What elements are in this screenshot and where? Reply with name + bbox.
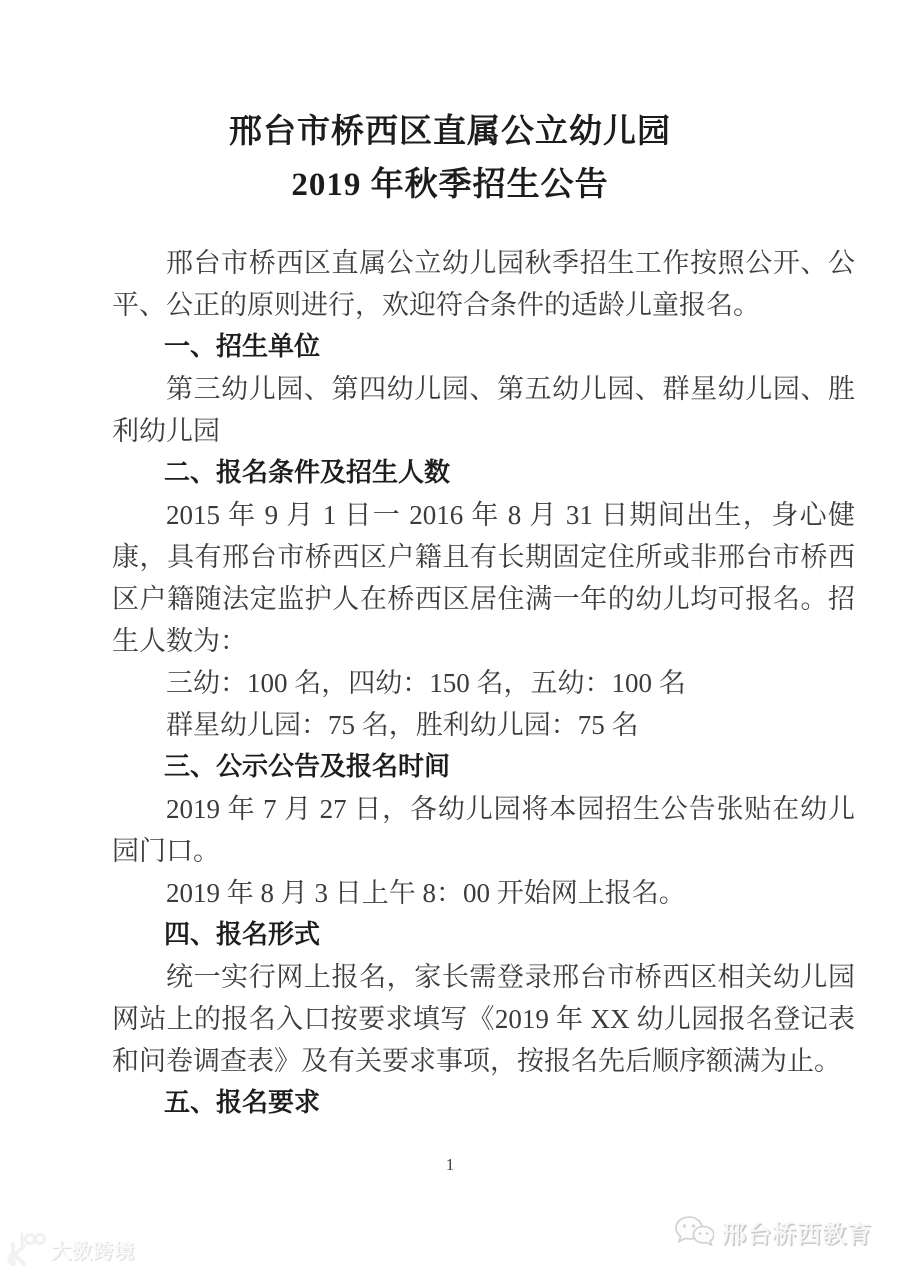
watermark-right-label: 邢台桥西教育 xyxy=(722,1214,872,1249)
section-5-heading: 五、报名要求 xyxy=(112,1082,855,1124)
section-3-heading: 三、公示公告及报名时间 xyxy=(112,746,855,788)
section-3-paragraph-1: 2019 年 7 月 27 日，各幼儿园将本园招生公告张贴在幼儿园门口。 xyxy=(112,788,855,872)
section-2-heading: 二、报名条件及招生人数 xyxy=(112,452,855,494)
section-2-paragraph-2: 三幼：100 名，四幼：150 名，五幼：100 名 xyxy=(112,662,855,704)
document-body: 邢台市桥西区直属公立幼儿园秋季招生工作按照公开、公平、公正的原则进行，欢迎符合条… xyxy=(112,242,855,1124)
watermark-bottom-left: 大数跨境 xyxy=(6,1230,135,1268)
document-title: 邢台市桥西区直属公立幼儿园 2019 年秋季招生公告 xyxy=(0,0,900,212)
intro-paragraph: 邢台市桥西区直属公立幼儿园秋季招生工作按照公开、公平、公正的原则进行，欢迎符合条… xyxy=(112,242,855,326)
section-1-heading: 一、招生单位 xyxy=(112,326,855,368)
section-2-paragraph-1: 2015 年 9 月 1 日一 2016 年 8 月 31 日期间出生，身心健康… xyxy=(112,494,855,662)
watermark-left-label: 大数跨境 xyxy=(51,1235,135,1264)
brand-k100-logo-icon xyxy=(6,1230,46,1268)
section-4-paragraph: 统一实行网上报名，家长需登录邢台市桥西区相关幼儿园网站上的报名入口按要求填写《2… xyxy=(112,956,855,1082)
page-number: 1 xyxy=(0,1155,900,1175)
section-4-heading: 四、报名形式 xyxy=(112,914,855,956)
announcement-document-page: 邢台市桥西区直属公立幼儿园 2019 年秋季招生公告 邢台市桥西区直属公立幼儿园… xyxy=(0,0,900,1273)
title-line-1: 邢台市桥西区直属公立幼儿园 xyxy=(0,106,900,159)
section-1-paragraph: 第三幼儿园、第四幼儿园、第五幼儿园、群星幼儿园、胜利幼儿园 xyxy=(112,368,855,452)
watermark-bottom-right: 邢台桥西教育 xyxy=(674,1214,872,1249)
wechat-icon xyxy=(674,1215,714,1249)
section-3-paragraph-2: 2019 年 8 月 3 日上午 8：00 开始网上报名。 xyxy=(112,872,855,914)
section-2-paragraph-3: 群星幼儿园：75 名，胜利幼儿园：75 名 xyxy=(112,704,855,746)
title-line-2: 2019 年秋季招生公告 xyxy=(0,159,900,212)
